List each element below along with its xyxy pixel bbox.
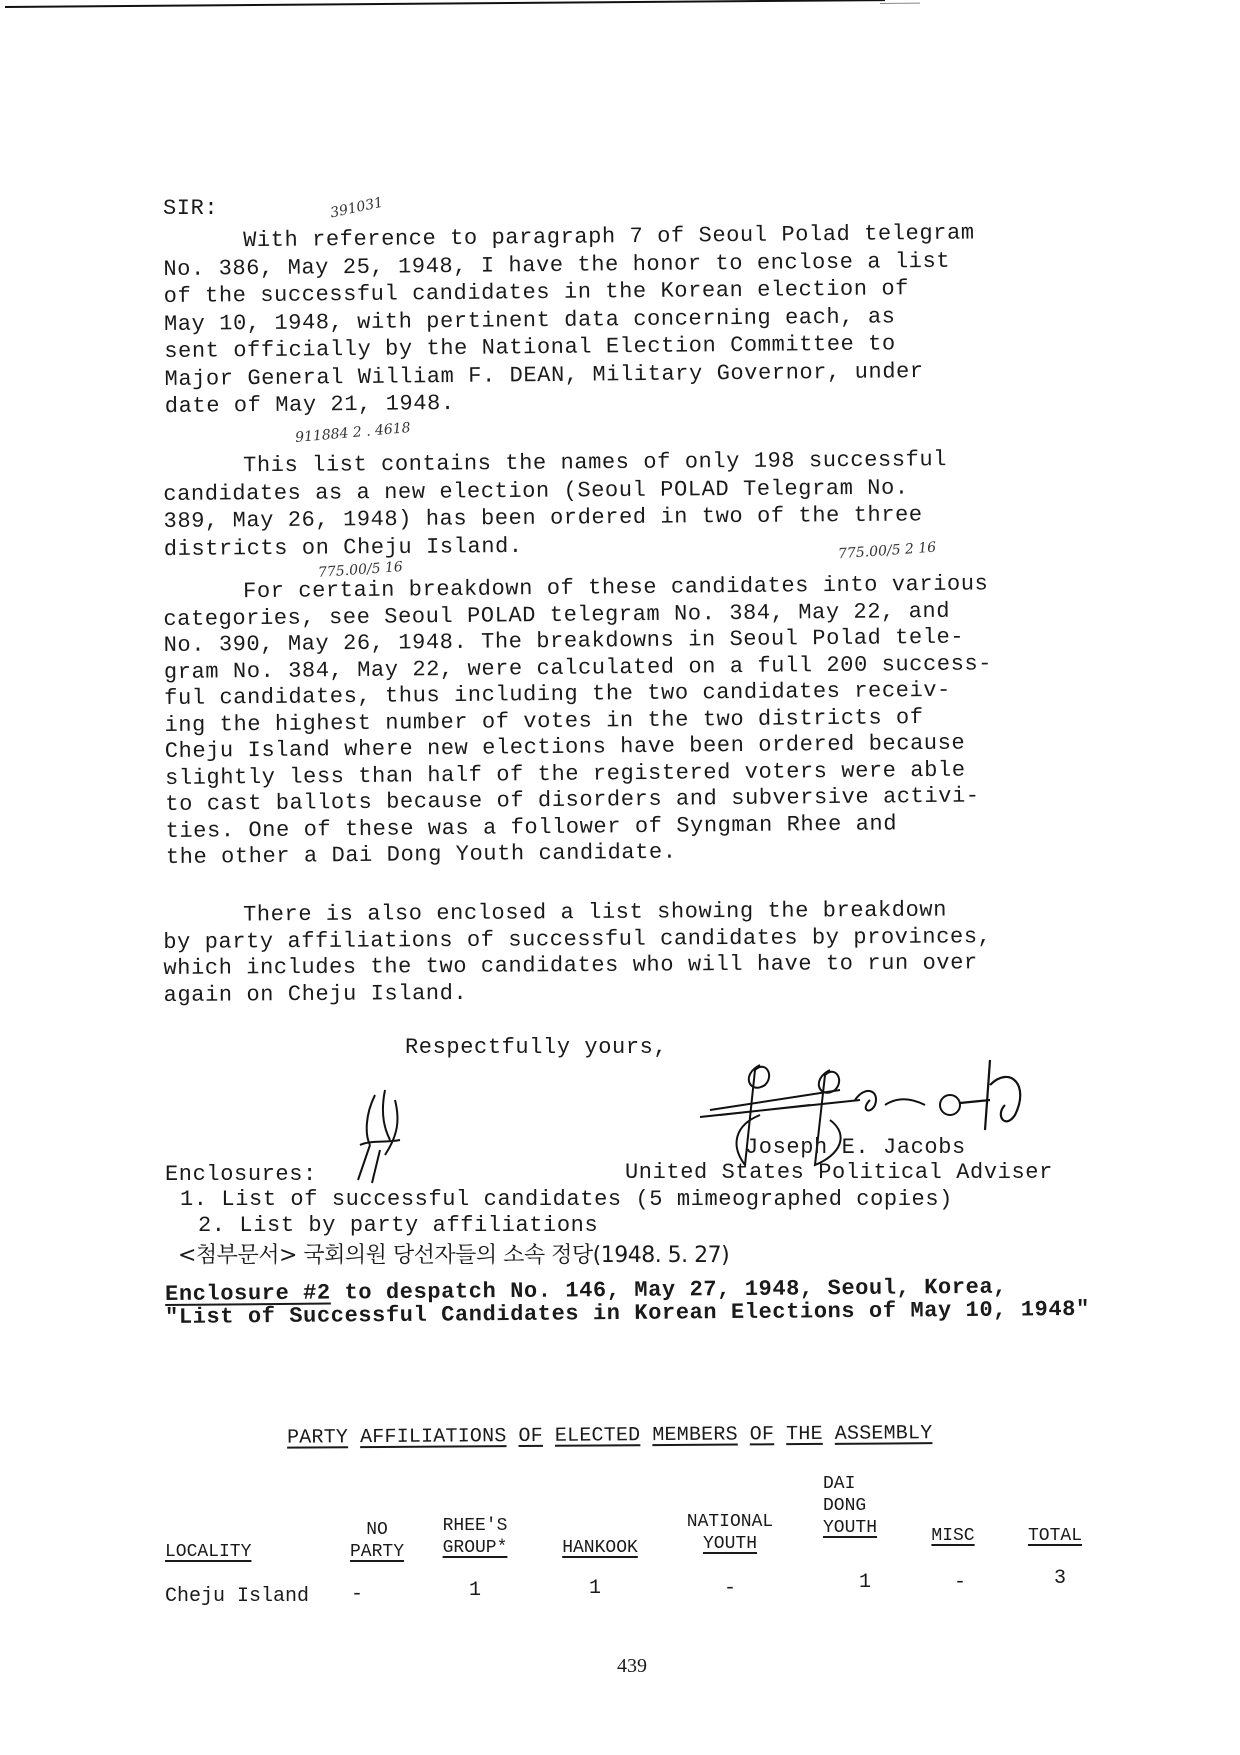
col-header-total: TOTAL (1020, 1525, 1090, 1547)
header-text: NATIONAL (670, 1511, 790, 1533)
header-text: GROUP* (430, 1537, 520, 1559)
title-word: AFFILIATIONS (360, 1425, 507, 1449)
header-text: NO (337, 1519, 417, 1541)
header-text: MISC (923, 1525, 983, 1547)
header-text: DONG (823, 1495, 903, 1517)
top-rule-faint (880, 3, 920, 4)
cell-hankook: 1 (575, 1577, 615, 1600)
cell-locality: Cheju Island (165, 1585, 335, 1608)
title-word: PARTY (287, 1426, 348, 1449)
col-header-locality: LOCALITY (165, 1541, 295, 1563)
paragraph-3: For certain breakdown of these candidate… (163, 570, 1146, 872)
title-word: MEMBERS (652, 1424, 738, 1448)
title-word: OF (518, 1425, 543, 1448)
header-text: HANKOOK (550, 1537, 650, 1559)
salutation: SIR: (163, 196, 218, 221)
cell-rhees-group: 1 (455, 1579, 495, 1602)
paragraph-2: This list contains the names of only 198… (163, 444, 1144, 563)
header-text: RHEE'S (430, 1515, 520, 1537)
enclosure-item: 2. List by party affiliations (198, 1213, 598, 1238)
col-header-national-youth: NATIONAL YOUTH (670, 1511, 790, 1555)
paragraph-4: There is also enclosed a list showing th… (163, 896, 1144, 1009)
handwritten-mark: 911884 2 . 4618 (295, 420, 412, 446)
header-text: DAI (823, 1473, 903, 1495)
col-header-no-party: NO PARTY (337, 1519, 417, 1563)
signer-name: Joseph E. Jacobs (745, 1135, 966, 1160)
col-header-hankook: HANKOOK (550, 1537, 650, 1559)
title-word: THE (786, 1423, 823, 1446)
header-text: YOUTH (823, 1517, 903, 1539)
col-header-rhees-group: RHEE'S GROUP* (430, 1515, 520, 1559)
top-rule (5, 0, 885, 8)
header-text: LOCALITY (165, 1541, 295, 1563)
cell-national-youth: - (710, 1577, 750, 1600)
cell-misc: - (940, 1571, 980, 1594)
table-title: PARTYAFFILIATIONSOFELECTEDMEMBERSOFTHEAS… (238, 1399, 945, 1473)
cell-no-party: - (337, 1583, 377, 1606)
initials-icon (340, 1085, 430, 1185)
title-word: ELECTED (555, 1424, 641, 1448)
handwritten-mark: 391031 (329, 195, 385, 222)
col-header-misc: MISC (923, 1525, 983, 1547)
korean-annotation: <첨부문서> 국회의원 당선자들의 소속 정당(1948. 5. 27) (178, 1238, 729, 1269)
signer-title: United States Political Adviser (625, 1160, 1053, 1185)
closing: Respectfully yours, (405, 1035, 667, 1060)
page-number: 439 (617, 1655, 647, 1678)
title-word: OF (750, 1423, 775, 1446)
paragraph-1: With reference to paragraph 7 of Seoul P… (163, 218, 1145, 421)
header-text: YOUTH (670, 1533, 790, 1555)
col-header-dai-dong-youth: DAI DONG YOUTH (823, 1473, 903, 1539)
enclosures-label: Enclosures: (165, 1162, 317, 1187)
enclosure-item: 1. List of successful candidates (5 mime… (180, 1187, 953, 1212)
cell-dai-dong-youth: 1 (845, 1571, 885, 1594)
header-text: TOTAL (1020, 1525, 1090, 1547)
header-text: PARTY (337, 1541, 417, 1563)
document-page: SIR: With reference to paragraph 7 of Se… (0, 0, 1240, 1755)
cell-total: 3 (1040, 1567, 1080, 1590)
title-word: ASSEMBLY (835, 1422, 933, 1446)
